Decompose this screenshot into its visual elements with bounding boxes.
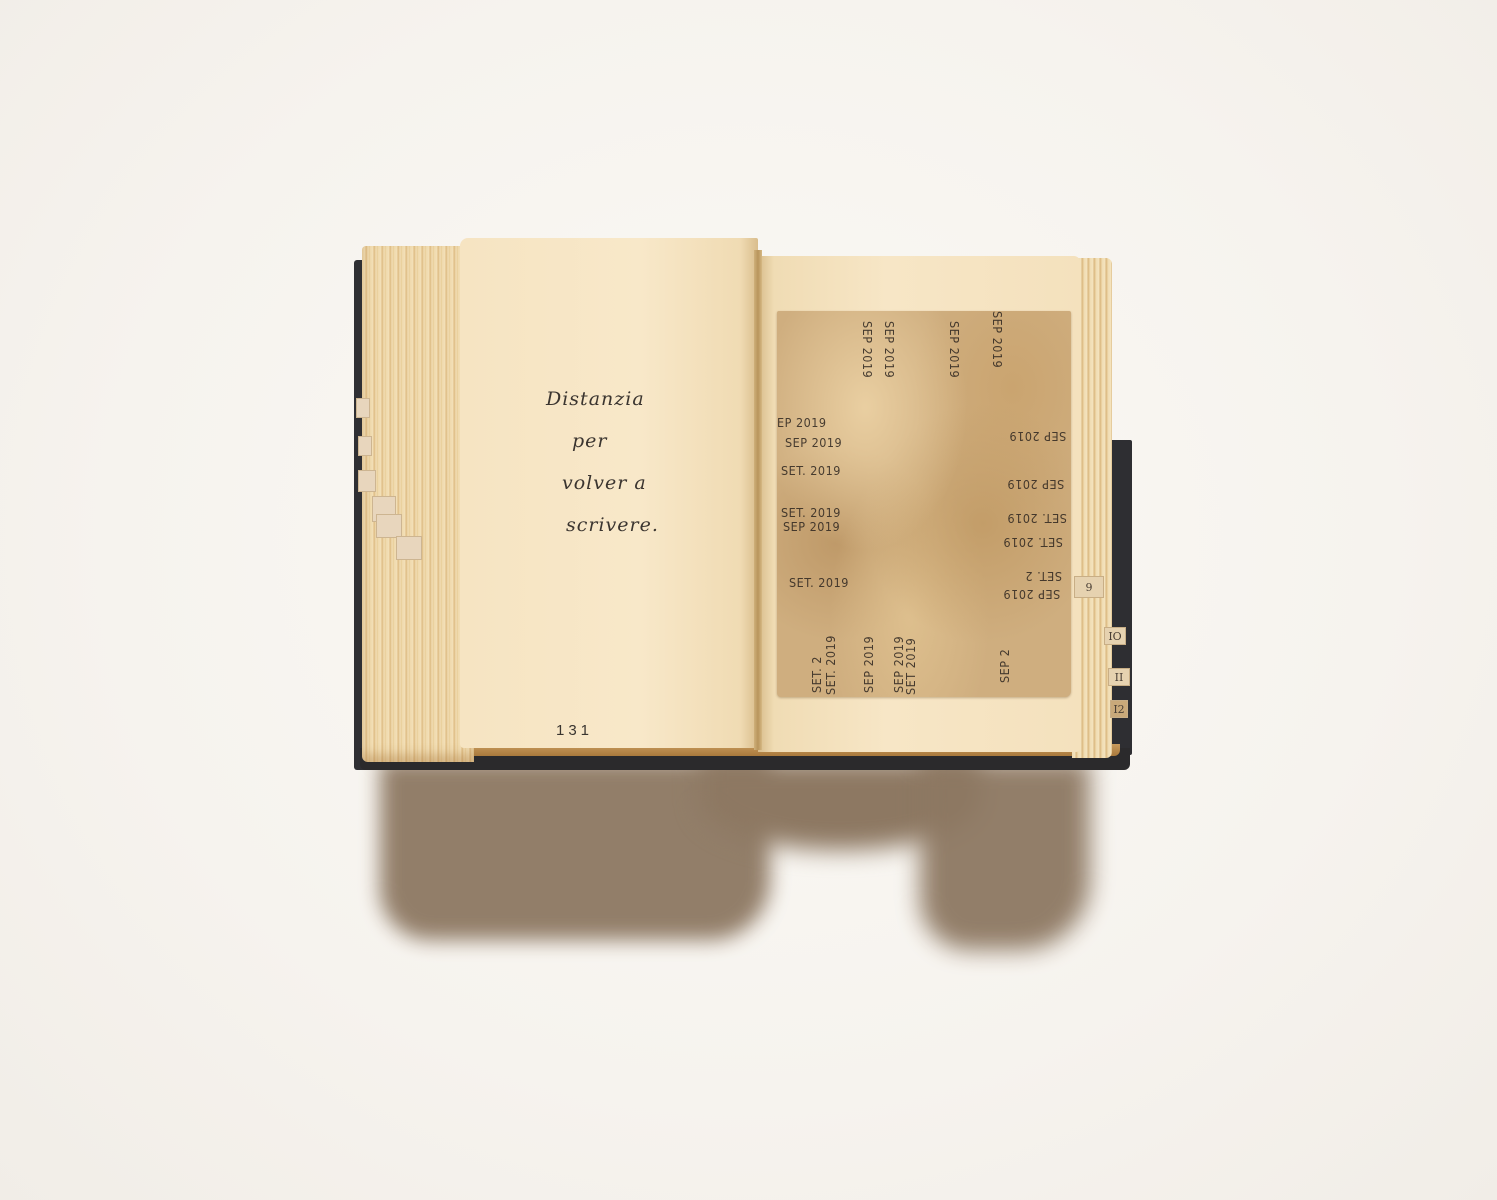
left-tab <box>356 398 370 418</box>
handwriting-line: scrivere. <box>566 504 680 546</box>
date-stamp: SEP 2019 <box>990 311 1005 368</box>
date-stamp: SEP 2019 <box>783 519 840 534</box>
date-stamp: SEP 2019 <box>882 321 897 378</box>
date-stamp: EP 2019 <box>777 415 827 430</box>
handwriting-line: per <box>572 420 680 462</box>
book-shadow-right <box>920 760 1090 950</box>
date-stamp: SEP 2019 <box>1007 477 1064 492</box>
left-tab <box>376 514 402 538</box>
left-tab <box>396 536 422 560</box>
date-stamp: SET. 2019 <box>789 575 849 590</box>
photo-scene: Distanzia per volver a scrivere. 131 SEP… <box>0 0 1497 1200</box>
date-stamp: SEP 2019 <box>860 321 875 378</box>
handwritten-note: Distanzia per volver a scrivere. <box>540 378 680 546</box>
date-stamp: SET. 2019 <box>781 463 841 478</box>
date-stamp: SEP 2019 <box>1009 429 1066 444</box>
handwriting-line: volver a <box>562 462 680 504</box>
index-tab-12: I2 <box>1110 700 1128 718</box>
date-stamp: SET. 2019 <box>781 505 841 520</box>
date-stamp: SET. 2019 <box>823 635 838 695</box>
date-stamp: SEP 2019 <box>1003 587 1060 602</box>
date-stamp: SET. 2 <box>1025 569 1062 584</box>
index-tab-10: IO <box>1104 627 1126 645</box>
stamped-paper-collage: SEP 2019 SEP 2019 SEP 2019 SEP 2019 EP 2… <box>777 311 1071 697</box>
book-gutter <box>754 250 762 750</box>
date-stamp: SET. 2019 <box>1007 511 1067 526</box>
date-stamp: SET. 2 <box>809 656 824 693</box>
date-stamp: SET. 2019 <box>1003 535 1063 550</box>
date-stamp: SEP 2019 <box>947 321 962 378</box>
date-stamp: SEP 2019 <box>861 636 876 693</box>
index-tab-11: II <box>1108 668 1130 686</box>
date-stamp: SET 2019 <box>903 638 918 695</box>
left-tab <box>358 470 376 492</box>
index-tab-9: 9 <box>1074 576 1104 598</box>
handwriting-line: Distanzia <box>546 378 680 420</box>
date-stamp: SEP 2019 <box>785 435 842 450</box>
date-stamp: SEP 2 <box>997 649 1012 683</box>
page-number: 131 <box>556 722 593 739</box>
left-tab <box>358 436 372 456</box>
